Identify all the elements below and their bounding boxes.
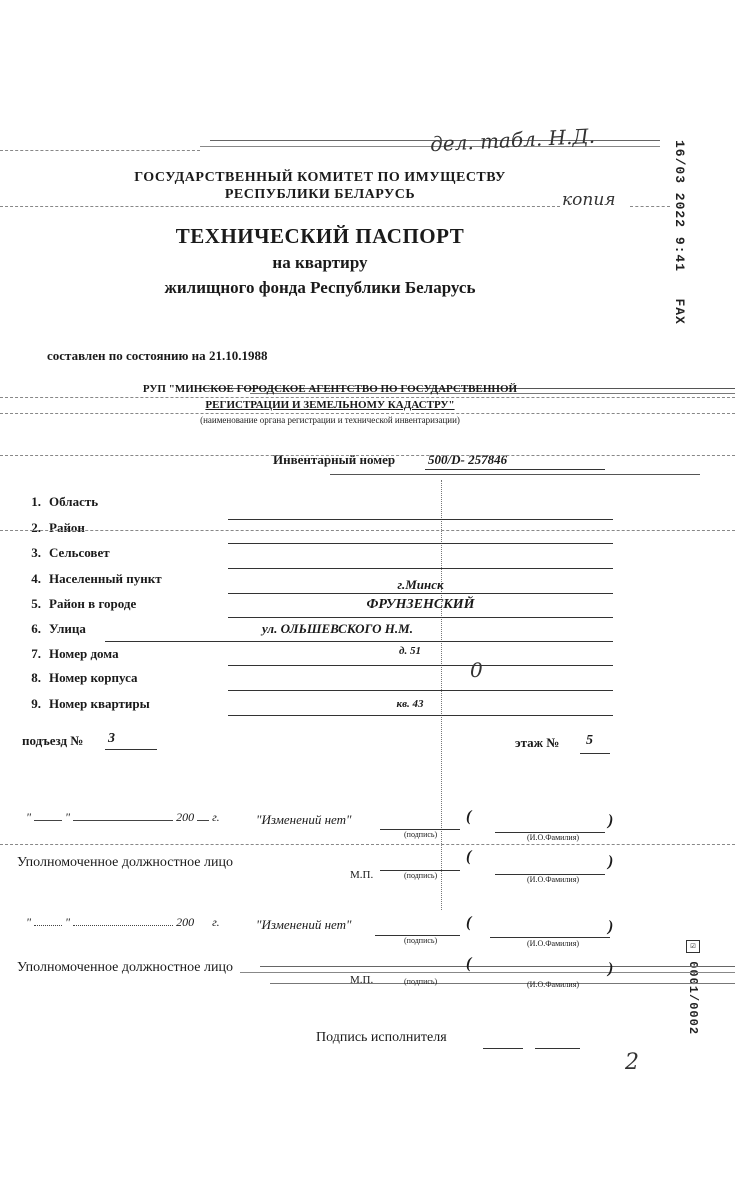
change-1-signature-caption-2: (подпись) <box>404 871 437 880</box>
change-1-stamp-label: М.П. <box>350 869 373 881</box>
field-street-value: ул. ОЛЬШЕВСКОГО Н.М. <box>262 621 413 637</box>
change-2-close-paren-2: ) <box>608 960 613 978</box>
document-title: ТЕХНИЧЕСКИЙ ПАСПОРТ <box>110 224 530 249</box>
fax-page-number: ☑ 0001/0002 <box>686 940 700 1050</box>
handwritten-copy-note: копия <box>562 190 616 210</box>
change-1-name-caption: (И.О.Фамилия) <box>527 833 579 842</box>
agency-line1: ГОСУДАРСТВЕННЫЙ КОМИТЕТ ПО ИМУЩЕСТВУ <box>110 170 530 186</box>
change-1-status: "Изменений нет" <box>256 812 351 828</box>
change-1-signature-caption: (подпись) <box>404 830 437 839</box>
change-1-date: " " 200 г. <box>26 810 220 825</box>
field-settlement-value: г.Минск <box>228 577 613 593</box>
change-2-date: " " 200 г. <box>26 915 220 930</box>
handwritten-note: дел. табл. Н.Д. <box>429 124 595 157</box>
field-house-number-value: д. 51 <box>380 645 440 657</box>
change-1-official-label: Уполномоченное должностное лицо <box>17 855 233 871</box>
field-building-value: 0 <box>470 658 483 682</box>
organization-line2: РЕГИСТРАЦИИ И ЗЕМЕЛЬНОМУ КАДАСТРУ" <box>60 399 600 411</box>
field-city-district: 5.Район в городе <box>15 596 136 612</box>
change-1-name-caption-2: (И.О.Фамилия) <box>527 875 579 884</box>
change-2-official-label: Уполномоченное должностное лицо <box>17 960 233 976</box>
field-apartment-number: 9.Номер квартиры <box>15 696 150 712</box>
field-settlement: 4.Населенный пункт <box>15 571 162 587</box>
change-2-close-paren: ) <box>608 918 613 936</box>
floor-value: 5 <box>586 733 593 749</box>
change-2-stamp-label: М.П. <box>350 974 373 986</box>
change-2-open-paren-2: ( <box>466 955 471 973</box>
inventory-label: Инвентарный номер <box>273 452 395 468</box>
floor-label: этаж № <box>515 735 559 751</box>
field-apartment-number-value: кв. 43 <box>380 698 440 710</box>
change-2-name-caption: (И.О.Фамилия) <box>527 939 579 948</box>
document-subtitle-2: жилищного фонда Республики Беларусь <box>110 278 530 298</box>
agency-line2: РЕСПУБЛИКИ БЕЛАРУСЬ <box>110 187 530 203</box>
fax-timestamp: 16/03 2022 9:41 FAX <box>672 140 687 330</box>
organization-line1: РУП "МИНСКОЕ ГОРОДСКОЕ АГЕНТСТВО ПО ГОСУ… <box>60 383 600 395</box>
change-1-close-paren: ) <box>608 812 613 830</box>
change-2-signature-caption: (подпись) <box>404 936 437 945</box>
organization-caption: (наименование органа регистрации и техни… <box>60 415 600 425</box>
field-district: 2.Район <box>15 520 85 536</box>
field-house-number: 7.Номер дома <box>15 646 119 662</box>
field-building: 8.Номер корпуса <box>15 670 138 686</box>
change-1-open-paren-2: ( <box>466 848 471 866</box>
entrance-value: 3 <box>108 731 115 747</box>
change-1-close-paren-2: ) <box>608 853 613 871</box>
field-village-council: 3.Сельсовет <box>15 545 110 561</box>
field-city-district-value: ФРУНЗЕНСКИЙ <box>228 597 613 613</box>
executor-signature-label: Подпись исполнителя <box>316 1030 447 1046</box>
change-2-status: "Изменений нет" <box>256 917 351 933</box>
change-2-signature-caption-2: (подпись) <box>404 977 437 986</box>
change-2-open-paren: ( <box>466 914 471 932</box>
handwritten-initials: 2 <box>625 1050 639 1075</box>
field-street: 6.Улица <box>15 621 86 637</box>
change-1-open-paren: ( <box>466 808 471 826</box>
entrance-label: подъезд № <box>22 733 83 749</box>
field-region: 1.Область <box>15 494 98 510</box>
document-subtitle-1: на квартиру <box>110 253 530 273</box>
inventory-number: 500/D- 257846 <box>428 452 507 468</box>
compiled-line: составлен по состоянию на 21.10.1988 <box>47 348 267 364</box>
change-2-name-caption-2: (И.О.Фамилия) <box>527 980 579 989</box>
